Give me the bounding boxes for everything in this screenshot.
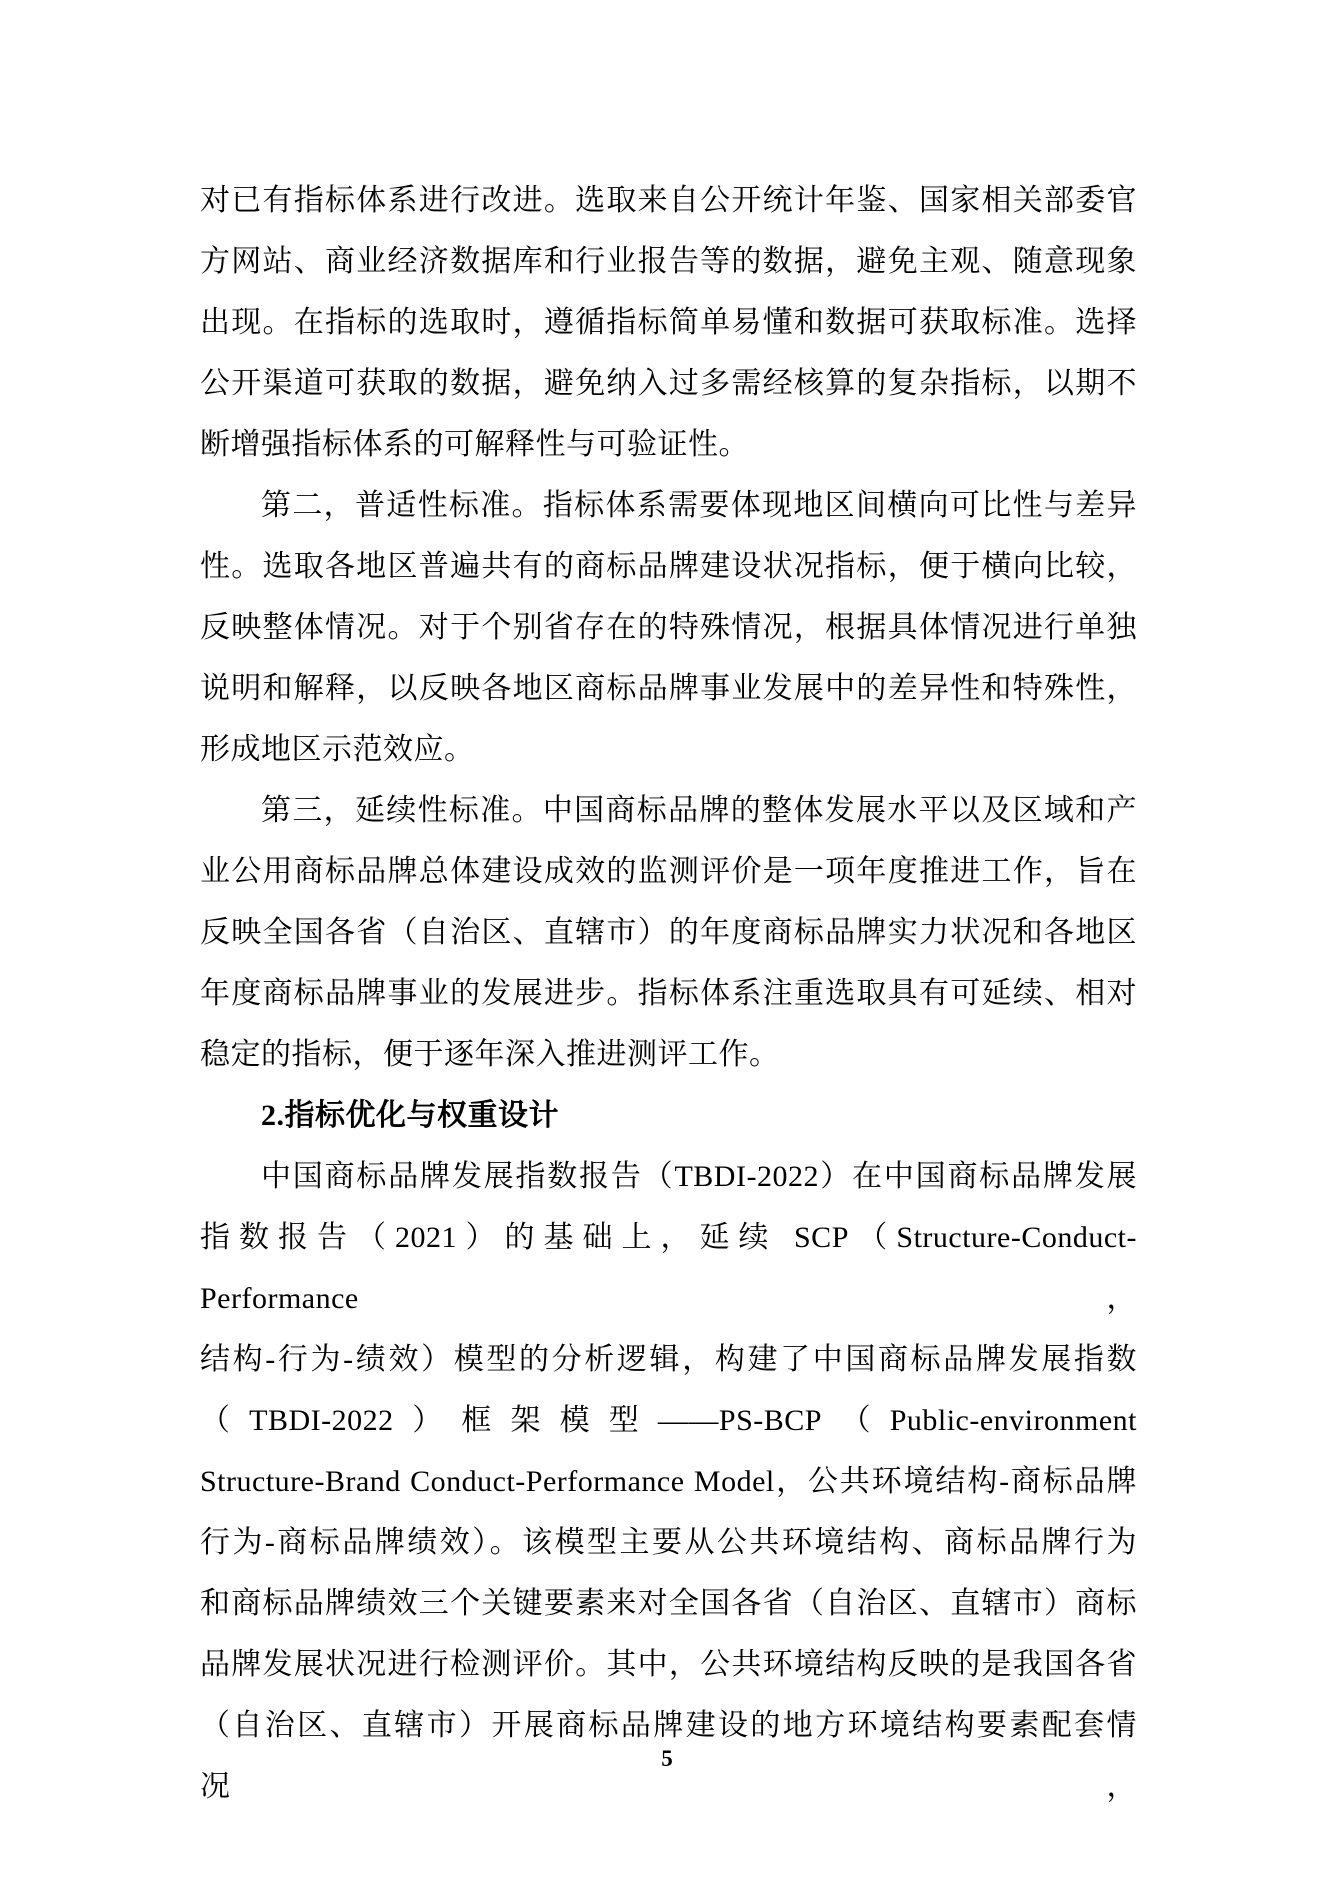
body-line: Structure-Brand Conduct-Performance Mode… [200, 1451, 1137, 1512]
body-line: 业公用商标品牌总体建设成效的监测评价是一项年度推进工作，旨在 [200, 841, 1137, 902]
body-line: 对已有指标体系进行改进。选取来自公开统计年鉴、国家相关部委官 [200, 170, 1137, 231]
body-line: 中国商标品牌发展指数报告（TBDI-2022）在中国商标品牌发展 [200, 1146, 1137, 1207]
body-line: 行为-商标品牌绩效）。该模型主要从公共环境结构、商标品牌行为 [200, 1512, 1137, 1573]
body-line: 性。选取各地区普遍共有的商标品牌建设状况指标，便于横向比较， [200, 536, 1137, 597]
body-line: 形成地区示范效应。 [200, 719, 1137, 780]
body-line: 反映整体情况。对于个别省存在的特殊情况，根据具体情况进行单独 [200, 597, 1137, 658]
body-line: 出现。在指标的选取时，遵循指标简单易懂和数据可获取标准。选择 [200, 292, 1137, 353]
document-page: 对已有指标体系进行改进。选取来自公开统计年鉴、国家相关部委官 方网站、商业经济数… [0, 0, 1334, 1887]
body-line: 第二，普适性标准。指标体系需要体现地区间横向可比性与差异 [200, 475, 1137, 536]
body-line: 第三，延续性标准。中国商标品牌的整体发展水平以及区域和产 [200, 780, 1137, 841]
body-line: 公开渠道可获取的数据，避免纳入过多需经核算的复杂指标，以期不 [200, 353, 1137, 414]
body-line: 和商标品牌绩效三个关键要素来对全国各省（自治区、直辖市）商标 [200, 1573, 1137, 1634]
body-line: 稳定的指标，便于逐年深入推进测评工作。 [200, 1024, 1137, 1085]
body-line: 断增强指标体系的可解释性与可验证性。 [200, 414, 1137, 475]
body-line: 结构-行为-绩效）模型的分析逻辑，构建了中国商标品牌发展指数 [200, 1329, 1137, 1390]
body-line: 方网站、商业经济数据库和行业报告等的数据，避免主观、随意现象 [200, 231, 1137, 292]
body-line: 反映全国各省（自治区、直辖市）的年度商标品牌实力状况和各地区 [200, 902, 1137, 963]
body-line: 说明和解释，以反映各地区商标品牌事业发展中的差异性和特殊性， [200, 658, 1137, 719]
section-heading: 2.指标优化与权重设计 [200, 1085, 1137, 1146]
document-body: 对已有指标体系进行改进。选取来自公开统计年鉴、国家相关部委官 方网站、商业经济数… [200, 170, 1137, 1817]
body-line: 指数报告（2021）的基础上，延续 SCP（Structure-Conduct-… [200, 1207, 1137, 1329]
page-number: 5 [0, 1745, 1334, 1773]
body-line: 品牌发展状况进行检测评价。其中，公共环境结构反映的是我国各省 [200, 1634, 1137, 1695]
body-line: （TBDI-2022）框架模型——PS-BCP（Public-environme… [200, 1390, 1137, 1451]
body-line: 年度商标品牌事业的发展进步。指标体系注重选取具有可延续、相对 [200, 963, 1137, 1024]
